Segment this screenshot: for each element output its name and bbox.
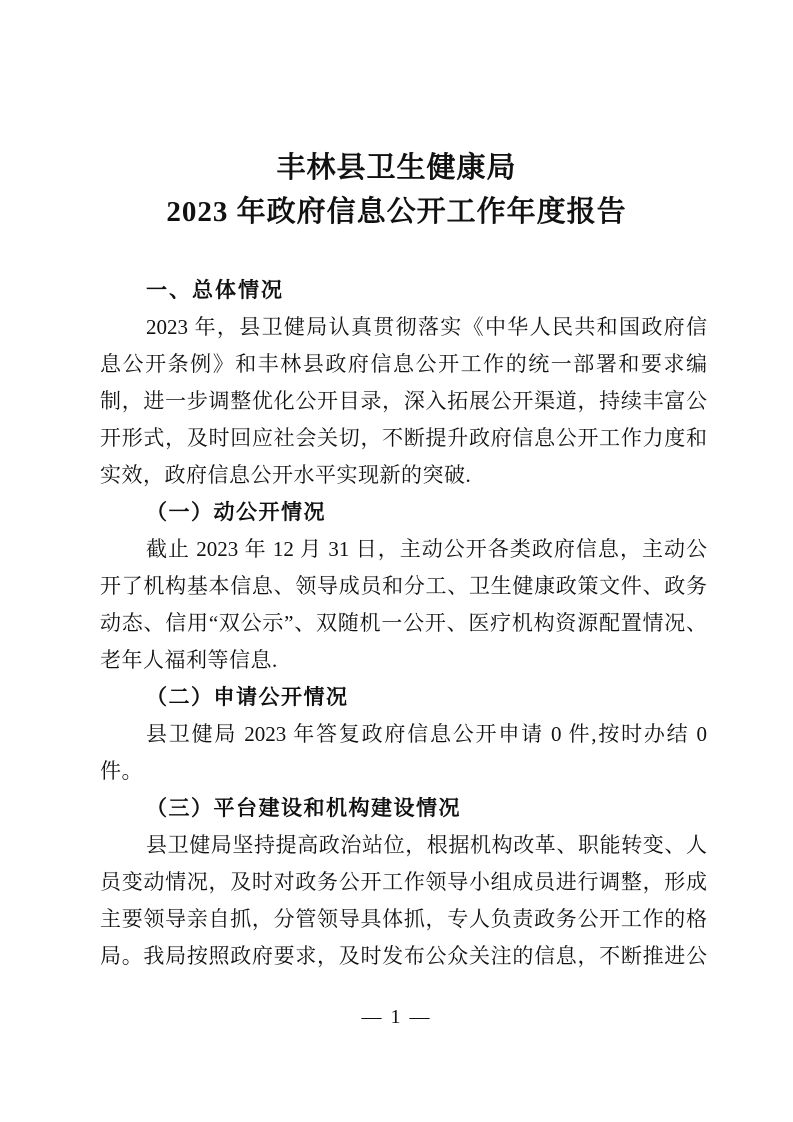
text-line: 息公开条例》和丰林县政府信息公开工作的统一部署和要求编 (100, 346, 707, 383)
text-line: 老年人福利等信息. (100, 642, 707, 679)
text-line: 主要领导亲自抓，分管领导具体抓，专人负责政务公开工作的格 (100, 901, 707, 938)
text-line: 动态、信用“双公示”、双随机一公开、医疗机构资源配置情况、 (100, 605, 707, 642)
document-title: 丰林县卫生健康局 2023 年政府信息公开工作年度报告 (0, 146, 793, 234)
document-title-line1: 丰林县卫生健康局 (0, 146, 793, 190)
text-line: 开了机构基本信息、领导成员和分工、卫生健康政策文件、政务 (100, 568, 707, 605)
section-heading: （三）平台建设和机构建设情况 (100, 790, 707, 827)
text-line: 实效，政府信息公开水平实现新的突破. (100, 457, 707, 494)
section-heading: （二）申请公开情况 (100, 679, 707, 716)
text-line: 县卫健局坚持提高政治站位，根据机构改革、职能转变、人 (100, 827, 707, 864)
text-line: 局。我局按照政府要求，及时发布公众关注的信息，不断推进公 (100, 938, 707, 975)
section-heading: （一）动公开情况 (100, 494, 707, 531)
text-line: 开形式，及时回应社会关切，不断提升政府信息公开工作力度和 (100, 420, 707, 457)
document-body: 一、总体情况2023 年，县卫健局认真贯彻落实《中华人民共和国政府信息公开条例》… (100, 272, 707, 975)
text-line: 县卫健局 2023 年答复政府信息公开申请 0 件,按时办结 0 (100, 716, 707, 753)
document-title-line2: 2023 年政府信息公开工作年度报告 (0, 190, 793, 234)
text-line: 2023 年，县卫健局认真贯彻落实《中华人民共和国政府信 (100, 309, 707, 346)
text-line: 员变动情况，及时对政务公开工作领导小组成员进行调整，形成 (100, 864, 707, 901)
text-line: 件。 (100, 753, 707, 790)
section-heading: 一、总体情况 (100, 272, 707, 309)
text-line: 制，进一步调整优化公开目录，深入拓展公开渠道，持续丰富公 (100, 383, 707, 420)
text-line: 截止 2023 年 12 月 31 日，主动公开各类政府信息，主动公 (100, 531, 707, 568)
page-number: — 1 — (0, 1002, 793, 1032)
document-page: 丰林县卫生健康局 2023 年政府信息公开工作年度报告 一、总体情况2023 年… (0, 0, 793, 1122)
